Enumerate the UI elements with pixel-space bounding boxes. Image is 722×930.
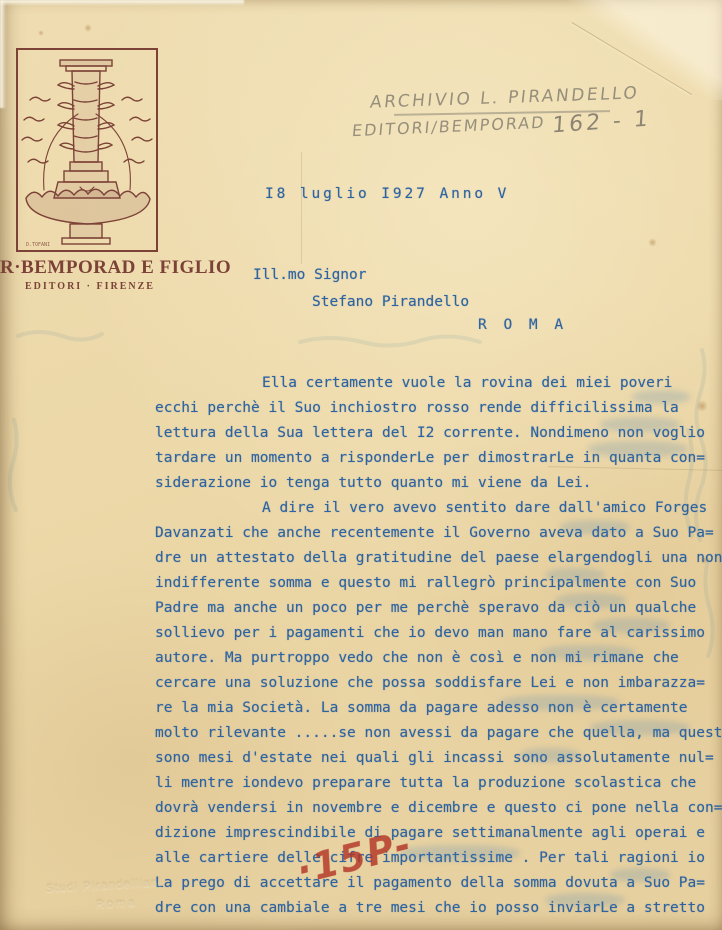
- letter-body-line: dre con una cambiale a tre mesi che io p…: [155, 896, 722, 921]
- scan-edge-sliver: [0, 0, 244, 6]
- ink-smudge: [600, 417, 680, 432]
- ink-smudge: [400, 845, 520, 861]
- recipient-city: R O M A: [478, 317, 567, 333]
- letter-body-line: cercare una soluzione che possa soddisfa…: [155, 671, 722, 696]
- ink-smudge: [590, 720, 690, 735]
- letter-body-line: Davanzati che anche recentemente il Gove…: [155, 521, 722, 546]
- ink-smudge: [500, 695, 620, 710]
- recipient-salutation: Ill.mo Signor: [253, 267, 367, 283]
- age-spot: [84, 24, 92, 32]
- ink-smudge: [632, 390, 690, 404]
- ink-smudge: [560, 520, 630, 534]
- artist-signature: D.TOFANI: [26, 242, 50, 248]
- ink-smudge: [610, 868, 670, 882]
- letterhead-frame: D.TOFANI: [16, 48, 158, 252]
- age-spot: [648, 238, 657, 247]
- ink-smudge: [556, 593, 626, 608]
- letter-body-line: autore. Ma purtroppo vedo che non è così…: [155, 646, 722, 671]
- ink-smudge: [592, 618, 670, 633]
- letter-body-line: li mentre iondevo preparare tutta la pro…: [155, 771, 722, 796]
- recipient-name: Stefano Pirandello: [312, 294, 469, 310]
- letterhead-tagline: EDITORI · FIRENZE: [0, 281, 180, 292]
- letter-body-line: siderazione io tenga tutto quanto mi vie…: [155, 471, 722, 496]
- letter-body-line: dovrà vendersi in novembre e dicembre e …: [155, 796, 722, 821]
- ink-smudge: [545, 568, 605, 582]
- letter-body-line: dre un attestato della gratitudine del p…: [155, 546, 722, 571]
- fountain-illustration: D.TOFANI: [18, 50, 156, 250]
- ink-smudge: [540, 645, 635, 660]
- letter-body-line: sono mesi d'estate nei quali gli incassi…: [155, 746, 722, 771]
- ink-smudge: [545, 893, 625, 907]
- letter-date: I8 luglio I927 Anno V: [265, 186, 509, 202]
- ink-smudge: [588, 441, 688, 457]
- scanned-letter-page: D.TOFANI R·BEMPORAD E FIGLIO EDITORI · F…: [0, 0, 722, 930]
- embossed-stamp-line2: Roma: [96, 897, 138, 911]
- letter-body-line: re la mia Società. La somma da pagare ad…: [155, 696, 722, 721]
- age-spot: [38, 30, 44, 36]
- letter-body-line: A dire il vero avevo sentito dare dall'a…: [155, 496, 722, 521]
- scan-edge-sliver: [0, 0, 6, 108]
- letterhead-company-name: R·BEMPORAD E FIGLIO: [0, 257, 180, 279]
- ink-smudge: [520, 748, 580, 762]
- letter-body-line: indifferente somma e questo mi rallegrò …: [155, 571, 722, 596]
- vertical-crease-line: [301, 152, 302, 264]
- letter-body-line: dizione imprescindibile di pagare settim…: [155, 821, 722, 846]
